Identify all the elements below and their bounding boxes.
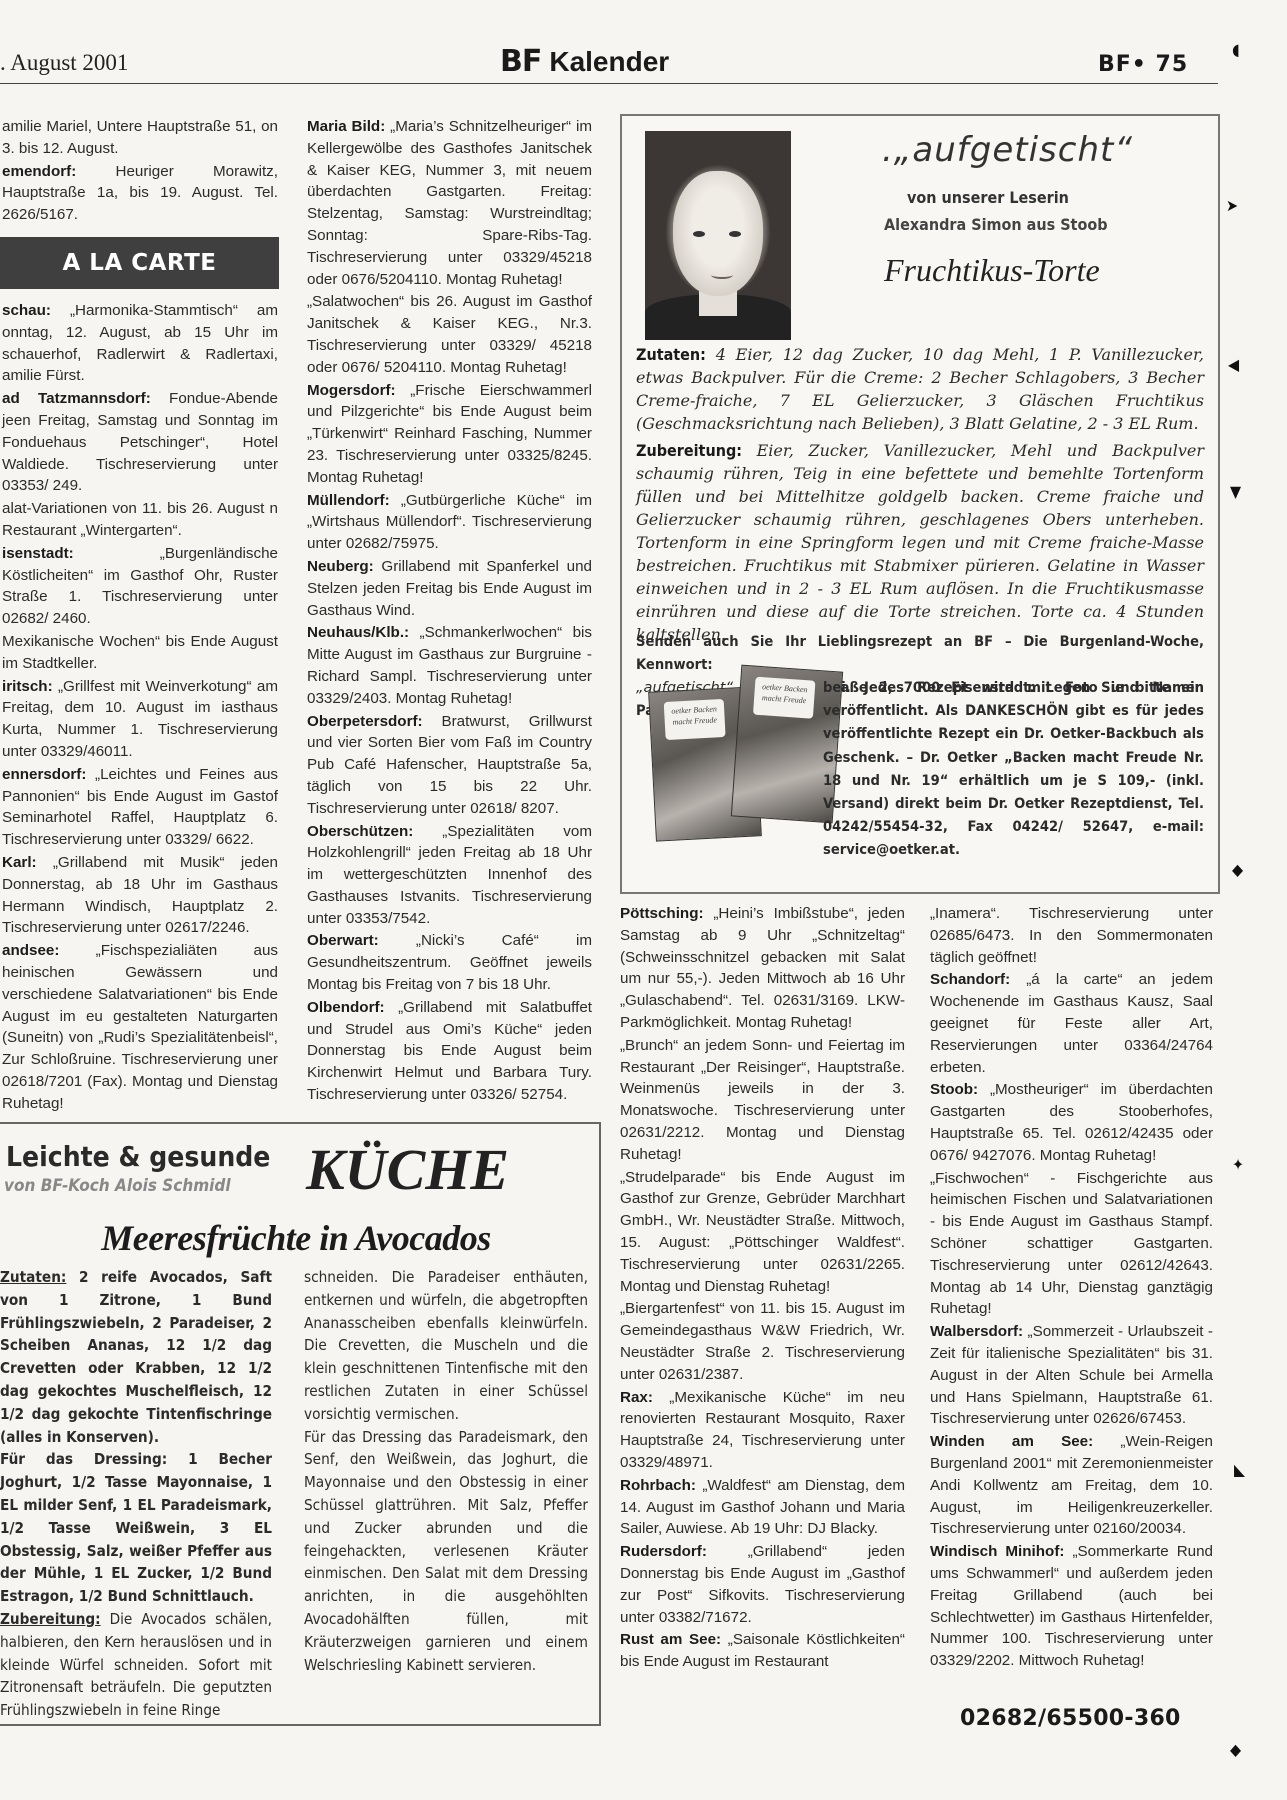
a-la-carte-banner: A LA CARTE bbox=[0, 237, 279, 289]
listing: iritsch: „Grillfest mit Weinverkotung“ a… bbox=[2, 676, 278, 763]
bf-logo: BF bbox=[500, 44, 541, 79]
listing: Winden am See: „Wein-Reigen Burgenland 2… bbox=[930, 1431, 1213, 1540]
listing: Rudersdorf: „Grillabend“ jeden Donnersta… bbox=[620, 1541, 905, 1628]
section-title: BFKalender bbox=[500, 44, 669, 79]
registration-mark-icon: ◀ bbox=[1228, 355, 1239, 374]
reader-recipe-box: .„aufgetischt“ von unserer Leserin Alexa… bbox=[620, 114, 1220, 894]
listing: Maria Bild: „Maria’s Schnitzelheuriger“ … bbox=[307, 116, 592, 290]
registration-mark-icon: ▼ bbox=[1230, 482, 1241, 501]
from-reader-label: von unserer Leserin bbox=[907, 188, 1069, 207]
listings-column-4: „Inamera“. Tischreservierung unter 02685… bbox=[930, 903, 1213, 1673]
header-rule bbox=[0, 83, 1218, 84]
listing: andsee: „Fischspezialiäten aus heinische… bbox=[2, 940, 278, 1114]
listing: „Fischwochen“ - Fischgerichte aus heimis… bbox=[930, 1168, 1213, 1321]
listing: Rohrbach: „Waldfest“ am Dienstag, dem 14… bbox=[620, 1475, 905, 1540]
listing: Rust am See: „Saisonale Köstlichkeiten“ … bbox=[620, 1629, 905, 1673]
listing: Stoob: „Mostheuriger“ im überdachten Gas… bbox=[930, 1079, 1213, 1166]
registration-mark-icon: ◆ bbox=[1232, 860, 1243, 879]
listing: Neuhaus/Klb.: „Schmankerlwochen“ bis Mit… bbox=[307, 622, 592, 709]
dish-ingredients-column: Zutaten: 2 reife Avocados, Saft von 1 Zi… bbox=[0, 1266, 272, 1722]
issue-date: . August 2001 bbox=[0, 50, 128, 76]
registration-mark-icon: ➤ bbox=[1226, 196, 1238, 215]
listing: Oberschützen: „Spezialitäten vom Holzkoh… bbox=[307, 821, 592, 930]
registration-mark-icon: ◆ bbox=[1230, 1740, 1241, 1759]
listing: „Inamera“. Tischreservierung unter 02685… bbox=[930, 903, 1213, 968]
listing: Walbersdorf: „Sommerzeit - Urlaubszeit -… bbox=[930, 1321, 1213, 1430]
registration-mark-icon: ◖ bbox=[1232, 40, 1240, 59]
registration-mark-icon: ◣ bbox=[1234, 1460, 1245, 1479]
listings-column-2: Maria Bild: „Maria’s Schnitzelheuriger“ … bbox=[307, 116, 592, 1107]
dish-preparation-column: schneiden. Die Paradeiser enthäuten, ent… bbox=[304, 1266, 588, 1676]
listing: emendorf: Heuriger Morawitz, Hauptstraße… bbox=[2, 161, 278, 226]
listings-column-1: amilie Mariel, Untere Hauptstraße 51, on… bbox=[2, 116, 278, 227]
listings-column-1-continued: schau: „Harmonika-Stammtisch“ am onntag,… bbox=[2, 300, 278, 1115]
cooking-byline: von BF-Koch Alois Schmidl bbox=[4, 1176, 231, 1196]
listing: „Brunch“ an jedem Sonn- und Feiertag im … bbox=[620, 1035, 905, 1166]
listing: „Salatwochen“ bis 26. August im Gasthof … bbox=[307, 291, 592, 378]
listing: Olbendorf: „Grillabend mit Salatbuffet u… bbox=[307, 997, 592, 1106]
listings-column-3: Pöttsching: „Heini’s Imbißstube“, jeden … bbox=[620, 903, 905, 1674]
cooking-headline-kueche: KÜCHE bbox=[306, 1136, 509, 1203]
listing: amilie Mariel, Untere Hauptstraße 51, on… bbox=[2, 116, 278, 160]
section-name: Kalender bbox=[549, 46, 669, 77]
contact-phone-number: 02682/65500-360 bbox=[960, 1706, 1181, 1731]
submission-info-continued: bei. Jedes Rezept wird mit Foto und Name… bbox=[823, 676, 1204, 862]
listing: Oberwart: „Nicki’s Café“ im Gesundheitsz… bbox=[307, 930, 592, 995]
listing: isenstadt: „Burgenländische Köstlicheite… bbox=[2, 543, 278, 630]
page-number: BF• 75 bbox=[1098, 52, 1188, 77]
recipe-ingredients: Zutaten: 4 Eier, 12 dag Zucker, 10 dag M… bbox=[636, 343, 1204, 435]
listing: Rax: „Mexikanische Küche“ im neu renovie… bbox=[620, 1387, 905, 1474]
listing: „Strudelparade“ bis Ende August im Gasth… bbox=[620, 1167, 905, 1298]
listing: ad Tatzmannsdorf: Fondue-Abende jeen Fre… bbox=[2, 388, 278, 497]
listing: alat-Variationen von 11. bis 26. August … bbox=[2, 498, 278, 542]
listing: Oberpetersdorf: Bratwurst, Grillwurst un… bbox=[307, 711, 592, 820]
listing: Karl: „Grillabend mit Musik“ jeden Donne… bbox=[2, 852, 278, 939]
listing: ennersdorf: „Leichtes und Feines aus Pan… bbox=[2, 764, 278, 851]
registration-mark-icon: ✦ bbox=[1232, 1155, 1244, 1174]
listing: Müllendorf: „Gutbürgerliche Küche“ im „W… bbox=[307, 490, 592, 555]
listing: Mexikanische Wochen“ bis Ende August im … bbox=[2, 631, 278, 675]
listing: Neuberg: Grillabend mit Spanferkel und S… bbox=[307, 556, 592, 621]
reader-portrait-photo bbox=[645, 131, 791, 340]
dish-title: Meeresfrüchte in Avocados bbox=[0, 1217, 596, 1259]
listing: Pöttsching: „Heini’s Imbißstube“, jeden … bbox=[620, 903, 905, 1034]
cooking-column-box: Leichte & gesunde von BF-Koch Alois Schm… bbox=[0, 1122, 601, 1726]
recipe-author: Alexandra Simon aus Stoob bbox=[884, 215, 1108, 234]
listing: Mogersdorf: „Frische Eierschwammerl und … bbox=[307, 380, 592, 489]
listing: Windisch Minihof: „Sommerkarte Rund ums … bbox=[930, 1541, 1213, 1672]
recipe-preparation: Zubereitung: Eier, Zucker, Vanillezucker… bbox=[636, 439, 1204, 646]
cooking-headline: Leichte & gesunde bbox=[6, 1140, 270, 1173]
listing: Schandorf: „á la carte“ an jedem Wochene… bbox=[930, 969, 1213, 1078]
series-title: .„aufgetischt“ bbox=[882, 130, 1133, 170]
recipe-title: Fruchtikus-Torte bbox=[884, 252, 1100, 289]
listing: „Biergartenfest“ von 11. bis 15. August … bbox=[620, 1298, 905, 1385]
listing: schau: „Harmonika-Stammtisch“ am onntag,… bbox=[2, 300, 278, 387]
newspaper-page: . August 2001 BFKalender BF• 75 ◖ ➤ ◀ ▼ … bbox=[0, 0, 1287, 1800]
